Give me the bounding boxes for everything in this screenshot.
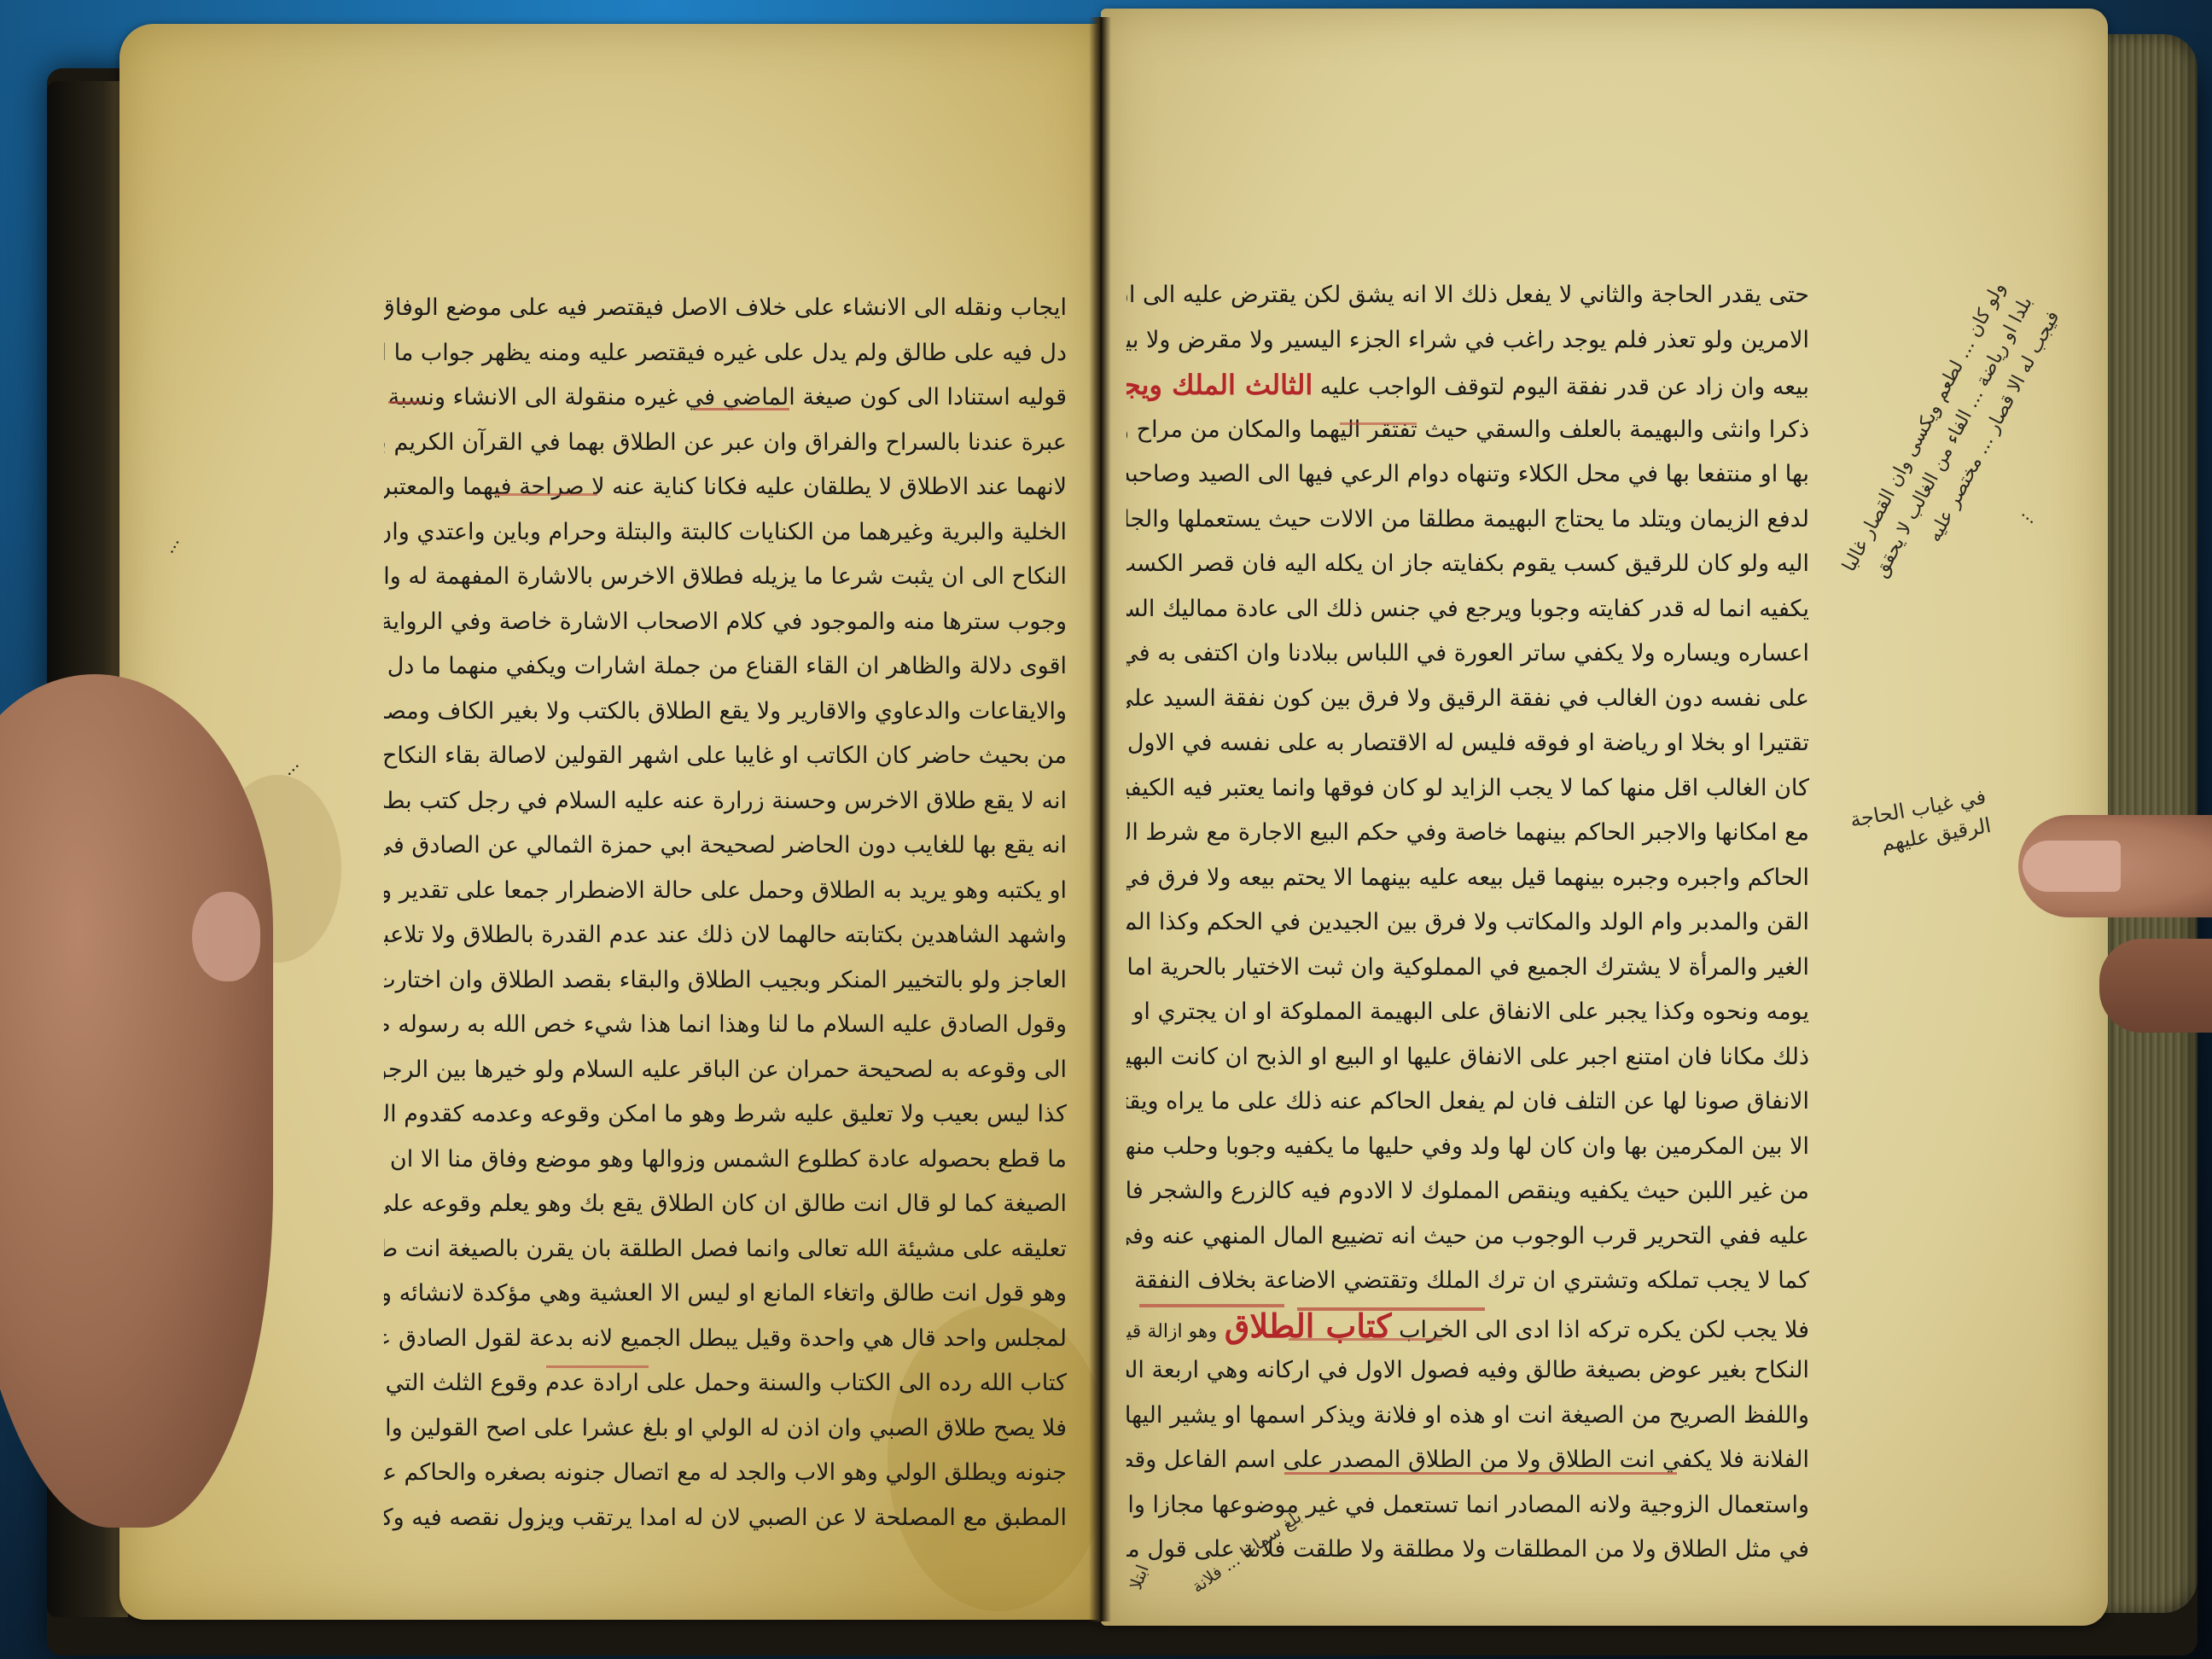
text-line: تعليقه على مشيئة الله تعالى وانما فصل ال… [384,1227,1067,1272]
text-line: الا بين المكرمين بها وان كان لها ولد وفي… [1126,1125,1809,1170]
text-line: دل فيه على طالق ولم يدل على غيره فيقتصر … [384,331,1067,376]
right-thumbnail [2023,841,2121,892]
text-line: ايجاب ونقله الى الانشاء على خلاف الاصل ف… [384,286,1067,331]
text-line: كذا ليس بعيب ولا تعليق عليه شرط وهو ما ا… [384,1092,1067,1138]
manuscript-photo: ايجاب ونقله الى الانشاء على خلاف الاصل ف… [0,0,2212,1659]
text-line: الامرين ولو تعذر فلم يوجد راغب في شراء ا… [1126,318,1809,364]
text-line: تقتيرا او بخلا او رياضة او فوقه فليس له … [1126,721,1809,766]
section-heading: الثالث الملك ويجب النفقة على الرقيق [1126,369,1313,401]
rubric-underline [1297,1307,1485,1311]
text-line: الخلية والبرية وغيرهما من الكنايات كالبت… [384,510,1067,556]
text-line: ما قطع بحصوله عادة كطلوع الشمس وزوالها و… [384,1138,1067,1183]
text-line: جنونه ويطلق الولي وهو الاب والجد له مع ا… [384,1451,1067,1496]
text-span: بيعه وان زاد عن قدر نفقة اليوم لتوقف الو… [1320,374,1809,400]
text-line: المطبق مع المصلحة لا عن الصبي لان له امد… [384,1496,1067,1541]
text-line: من غير اللبن حيث يكفيه وينقص المملوك لا … [1126,1169,1809,1214]
text-line: لدفع الزيمان ويتلد ما يحتاج البهيمة مطلق… [1126,498,1809,543]
text-line: اليه ولو كان للرقيق كسب يقوم بكفايته جاز… [1126,542,1809,587]
rubric-underline [1289,1338,1442,1341]
heading-line: بيعه وان زاد عن قدر نفقة اليوم لتوقف الو… [1126,363,1809,408]
text-line: مع امكانها والاجبر الحاكم بينهما خاصة وف… [1126,811,1809,856]
rubric-underline [495,493,597,496]
rubric-underline [696,408,789,410]
text-line: كما لا يجب تملكه وتشتري ان ترك الملك وتق… [1126,1259,1809,1304]
text-line: فلا يصح طلاق الصبي وان اذن له الولي او ب… [384,1406,1067,1452]
text-line: انه لا يقع طلاق الاخرس وحسنة زرارة عنه ع… [384,779,1067,824]
text-line: وهو قول انت طالق واتغاء المانع او ليس ال… [384,1272,1067,1317]
right-page-text: حتى يقدر الحاجة والثاني لا يفعل ذلك الا … [1126,273,1809,1573]
text-line: قوليه استنادا الى كون صيغة الماضي في غير… [384,375,1067,421]
text-line: يكفيه انما له قدر كفايته وجوبا ويرجع في … [1126,587,1809,632]
left-thumb [0,674,273,1528]
text-line: العاجز ولو بالتخيير المنكر وبجيب الطلاق … [384,958,1067,1004]
text-line: الصيغة كما لو قال انت طالق ان كان الطلاق… [384,1182,1067,1227]
text-line: واللفظ الصريح من الصيغة انت او هذه او فل… [1126,1394,1809,1439]
text-line: وجوب سترها منه والموجود في كلام الاصحاب … [384,600,1067,645]
text-line: واشهد الشاهدين بكتابته حالهما لان ذلك عن… [384,913,1067,958]
text-line: حتى يقدر الحاجة والثاني لا يفعل ذلك الا … [1126,273,1809,318]
text-line: انه يقع بها للغايب دون الحاضر لصحيحة ابي… [384,824,1067,869]
right-finger [2099,939,2212,1033]
text-line: عليه ففي التحرير قرب الوجوب من حيث انه ت… [1126,1214,1809,1260]
text-line: على نفسه دون الغالب في نفقة الرقيق ولا ف… [1126,677,1809,722]
rubric-underline [1340,422,1417,425]
text-line: ذلك مكانا فان امتنع اجبر على الانفاق علي… [1126,1035,1809,1080]
text-line: الفلانة فلا يكفي انت الطلاق ولا من الطلا… [1126,1438,1809,1483]
text-line: النكاح بغير عوض بصيغة طالق وفيه فصول الا… [1126,1348,1809,1394]
text-line: لانهما عند الاطلاق لا يطلقان عليه فكانا … [384,465,1067,510]
book-gutter [1089,17,1111,1621]
text-line: عبرة عندنا بالسراح والفراق وان عبر عن ال… [384,421,1067,466]
text-line: والايقاعات والدعاوي والاقارير ولا يقع ال… [384,690,1067,735]
rubric-underline [388,401,422,404]
text-line: كان الغالب اقل منها كما لا يجب الزايد لو… [1126,766,1809,812]
text-line: الحاكم واجبره وجبره بينهما قيل بيعه عليه… [1126,856,1809,901]
text-line: من بحيث حاضر كان الكاتب او غايبا على اشه… [384,734,1067,779]
text-line: يومه ونحوه وكذا يجبر على الانفاق على الب… [1126,990,1809,1035]
text-line: وقول الصادق عليه السلام ما لنا وهذا انما… [384,1003,1067,1048]
text-line: اعساره ويساره ولا يكفي ساتر العورة في ال… [1126,632,1809,677]
text-line: او يكتبه وهو يريد به الطلاق وحمل على حال… [384,869,1067,914]
text-span: فلا يجب لكن يكره تركه اذا ادى الى الخراب [1399,1317,1809,1343]
text-line: القن والمدبر وام الولد والمكاتب ولا فرق … [1126,900,1809,946]
rubric-underline [1139,1304,1284,1307]
rubric-underline [1284,1472,1677,1475]
text-line: النكاح الى ان يثبت شرعا ما يزيله فطلاق ا… [384,555,1067,600]
text-line: الى وقوعه به لصحيحة حمران عن الباقر عليه… [384,1048,1067,1093]
text-line: كتاب الله رده الى الكتاب والسنة وحمل على… [384,1361,1067,1406]
left-thumbnail [192,892,260,981]
text-line: واستعمال الزوجية ولانه المصادر انما تستع… [1126,1483,1809,1528]
text-line: الغير والمرأة لا يشترك الجميع في المملوك… [1126,946,1809,991]
left-page-text: ايجاب ونقله الى الانشاء على خلاف الاصل ف… [384,286,1067,1540]
text-line: ذكرا وانثى والبهيمة بالعلف والسقي حيث تف… [1126,408,1809,453]
rubric-underline [546,1365,649,1368]
text-span: وهو ازالة قيد [1126,1321,1217,1342]
text-line: الانفاق صونا لها عن التلف فان لم يفعل ال… [1126,1080,1809,1125]
text-line: لمجلس واحد قال هي واحدة وقيل يبطل الجميع… [384,1317,1067,1362]
text-line: اقوى دلالة والظاهر ان القاء القناع من جم… [384,644,1067,690]
text-line: بها او منتفعا بها في محل الكلاء وتنهاه د… [1126,452,1809,498]
